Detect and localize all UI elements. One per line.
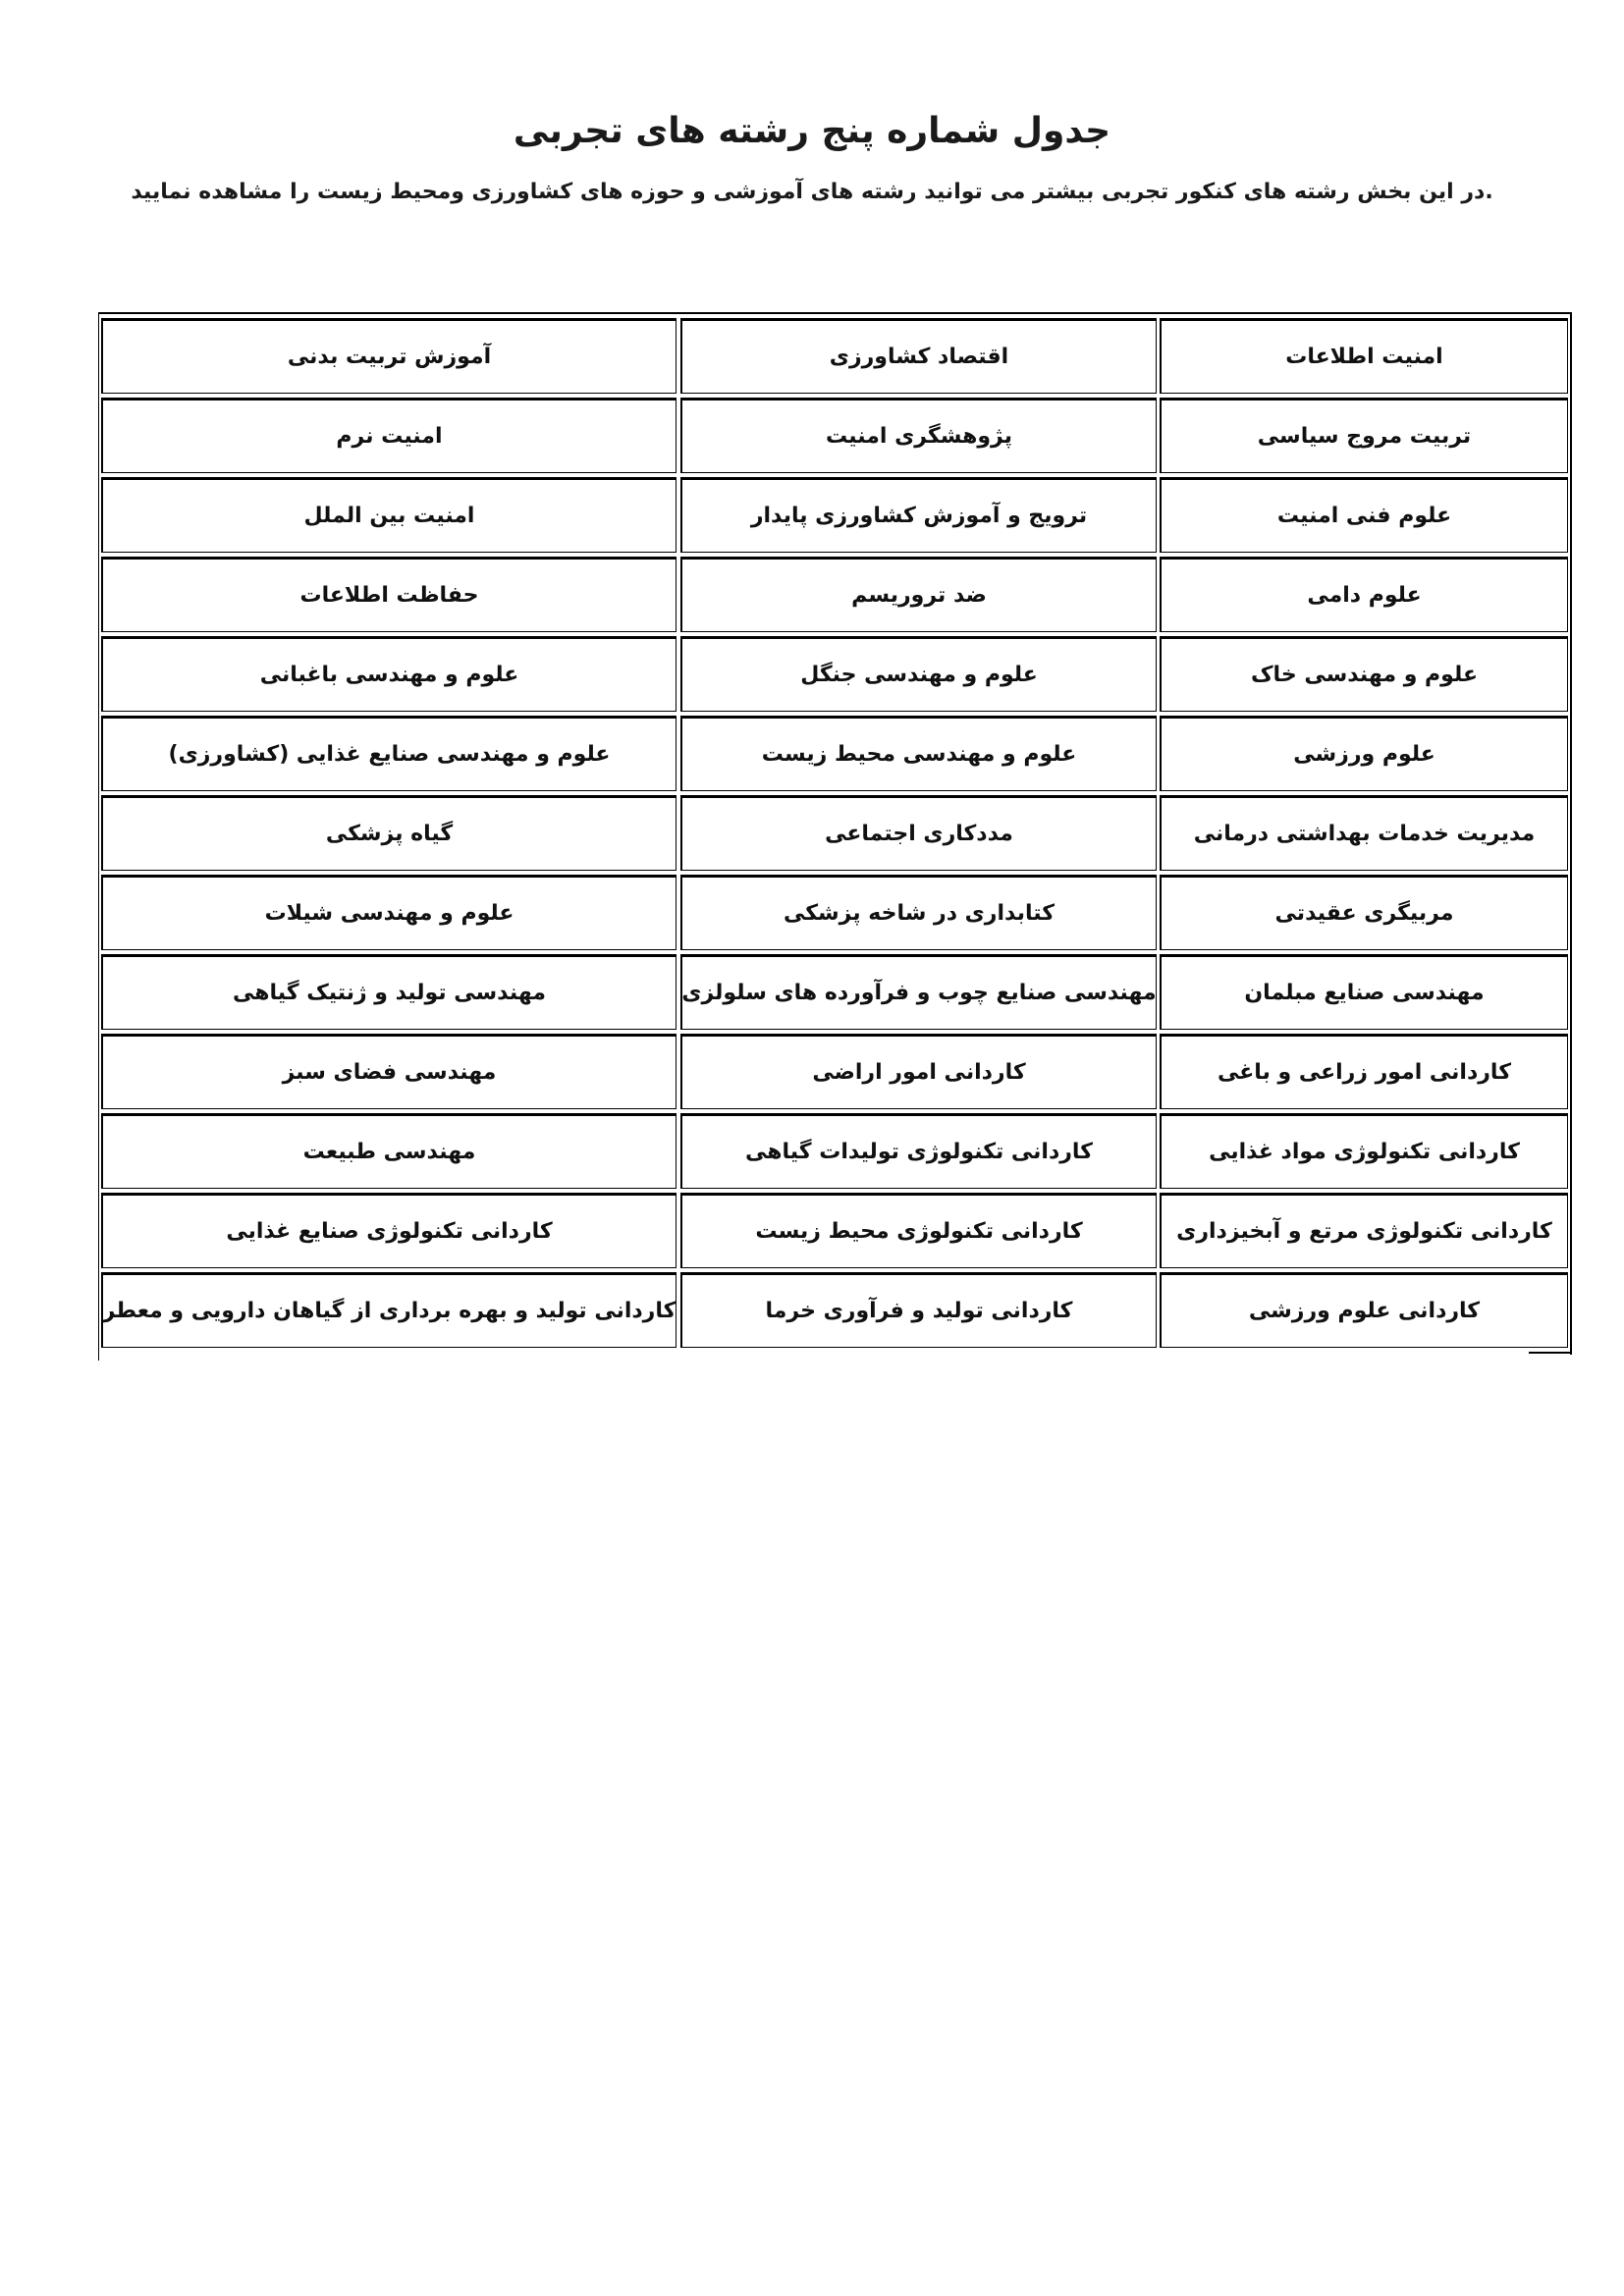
table-cell: تربیت مروج سیاسی [1160,398,1568,473]
table-row: علوم ورزشی علوم و مهندسی محیط زیست علوم … [101,716,1568,795]
table-cell: علوم دامی [1160,557,1568,632]
table-cell: علوم و مهندسی صنایع غذایی (کشاورزی) [101,716,677,791]
table-cell: مددکاری اجتماعی [680,795,1157,871]
majors-table: امنیت اطلاعات اقتصاد کشاورزی آموزش تربیت… [101,318,1568,1352]
table-frame-edge [98,1353,99,1361]
table-cell: مهندسی تولید و ژنتیک گیاهی [101,954,677,1030]
table-cell: کاردانی تولید و بهره برداری از گیاهان دا… [101,1272,677,1348]
table-cell: کاردانی تکنولوژی مواد غذایی [1160,1113,1568,1189]
page-title: جدول شماره پنج رشته های تجربی [0,106,1624,157]
table-cell: امنیت اطلاعات [1160,318,1568,394]
table-cell: علوم و مهندسی محیط زیست [680,716,1157,791]
table-cell: کاردانی تکنولوژی صنایع غذایی [101,1193,677,1268]
table-cell: امنیت نرم [101,398,677,473]
table-cell: علوم و مهندسی خاک [1160,636,1568,712]
page-subtitle: .در این بخش رشته های کنکور تجربی بیشتر م… [0,175,1624,210]
table-cell: کاردانی تکنولوژی تولیدات گیاهی [680,1113,1157,1189]
table-cell: کاردانی امور زراعی و باغی [1160,1034,1568,1109]
table-cell: کاردانی تکنولوژی محیط زیست [680,1193,1157,1268]
table-frame-edge [1529,1352,1572,1354]
table-row: مدیریت خدمات بهداشتی درمانی مددکاری اجتم… [101,795,1568,875]
table-row: امنیت اطلاعات اقتصاد کشاورزی آموزش تربیت… [101,318,1568,398]
table-cell: مهندسی طبیعت [101,1113,677,1189]
table-cell: مربیگری عقیدتی [1160,875,1568,950]
table-cell: مهندسی صنایع مبلمان [1160,954,1568,1030]
table-cell: کاردانی تکنولوژی مرتع و آبخیزداری [1160,1193,1568,1268]
table-row: علوم دامی ضد تروریسم حفاظت اطلاعات [101,557,1568,636]
table-row: علوم و مهندسی خاک علوم و مهندسی جنگل علو… [101,636,1568,716]
table-cell: کاردانی علوم ورزشی [1160,1272,1568,1348]
table-cell: حفاظت اطلاعات [101,557,677,632]
table-cell: ترویج و آموزش کشاورزی پایدار [680,477,1157,553]
table-cell: کاردانی تولید و فرآوری خرما [680,1272,1157,1348]
table-cell: کاردانی امور اراضی [680,1034,1157,1109]
table-cell: امنیت بین الملل [101,477,677,553]
table-cell: ضد تروریسم [680,557,1157,632]
table-row: کاردانی علوم ورزشی کاردانی تولید و فرآور… [101,1272,1568,1352]
table-row: کاردانی تکنولوژی مواد غذایی کاردانی تکنو… [101,1113,1568,1193]
table-cell: علوم و مهندسی شیلات [101,875,677,950]
table-cell: علوم فنی امنیت [1160,477,1568,553]
table-cell: مهندسی صنایع چوب و فرآورده های سلولزی [680,954,1157,1030]
table-cell: علوم ورزشی [1160,716,1568,791]
table-row: کاردانی امور زراعی و باغی کاردانی امور ا… [101,1034,1568,1113]
table-cell: اقتصاد کشاورزی [680,318,1157,394]
table-row: مربیگری عقیدتی کتابداری در شاخه پزشکی عل… [101,875,1568,954]
table-row: مهندسی صنایع مبلمان مهندسی صنایع چوب و ف… [101,954,1568,1034]
table-row: تربیت مروج سیاسی پژوهشگری امنیت امنیت نر… [101,398,1568,477]
table-cell: کتابداری در شاخه پزشکی [680,875,1157,950]
table-row: کاردانی تکنولوژی مرتع و آبخیزداری کاردان… [101,1193,1568,1272]
table-row: علوم فنی امنیت ترویج و آموزش کشاورزی پای… [101,477,1568,557]
table-cell: پژوهشگری امنیت [680,398,1157,473]
table-cell: علوم و مهندسی باغبانی [101,636,677,712]
table-cell: مهندسی فضای سبز [101,1034,677,1109]
table-cell: مدیریت خدمات بهداشتی درمانی [1160,795,1568,871]
table-cell: علوم و مهندسی جنگل [680,636,1157,712]
table-cell: گیاه پزشکی [101,795,677,871]
table-cell: آموزش تربیت بدنی [101,318,677,394]
